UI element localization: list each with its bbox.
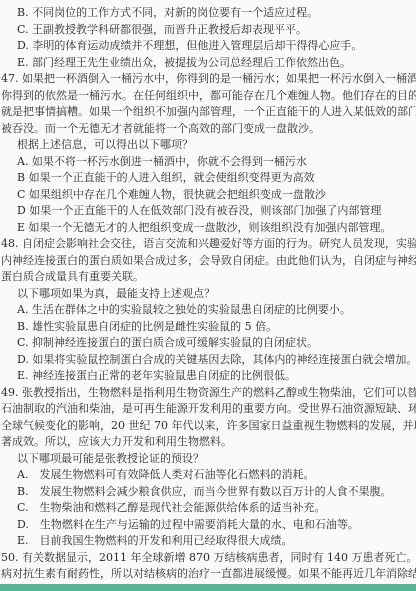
text-line-option: B. 发展生物燃料会减少粮食供应，而当今世界有数以百万计的人食不果腹。 — [0, 484, 416, 501]
text-line-option: C. 生物柴油和燃料乙醇是现代社会能源供给体系的适当补充。 — [0, 500, 416, 517]
text-line-prompt: 根据上述信息，可以得出以下哪项？ — [0, 137, 416, 154]
text-line-option: E. 目前我国生物燃料的开发和利用已经取得很大成绩。 — [0, 533, 416, 550]
text-line-option: D. 李明的体育运动成绩并不理想，但他进入管理层后却干得得心应手。 — [0, 38, 416, 55]
text-line-option: E. 神经连接蛋白正常的老年实验鼠患自闭症的比例很低。 — [0, 368, 416, 385]
text-line-stem: 你得到的依然是一桶污水。在任何组织中，都可能存在几个难缠人物。他们存在的目的似乎 — [0, 88, 416, 105]
text-line-stem: 内神经连接蛋白的蛋白质如果合成过多，会导致自闭症。由此他们认为，自闭症与神经连接 — [0, 253, 416, 270]
text-line-stem: 石油制取的汽油和柴油，是可再生能源开发利用的重要方向。受世界石油资源短缺、环保和 — [0, 401, 416, 418]
text-line-stem: 被吞没。而一个无德无才者就能将一个高效的部门变成一盘散沙。 — [0, 121, 416, 138]
text-line-option: C. 王副教授教学科研都很强，而晋升正教授后却表现平平。 — [0, 22, 416, 39]
text-line-option: B. 雄性实验鼠患自闭症的比例是雌性实验鼠的 5 倍。 — [0, 319, 416, 336]
text-line-stem: 全球气候变化的影响，20 世纪 70 年代以来，许多国家日益重视生物燃料的发展，… — [0, 418, 416, 435]
text-line-stem: 48. 自闭症会影响社会交往，语言交流和兴趣爱好等方面的行为。研究人员发现，实验… — [0, 236, 416, 253]
text-line-option: C. 抑制神经连接蛋白的蛋白质合成可缓解实验鼠的自闭症状。 — [0, 335, 416, 352]
text-line-option: D. 生物燃料在生产与运输的过程中需要消耗大量的水、电和石油等。 — [0, 517, 416, 534]
question-text-block: B. 不同岗位的工作方式不同，对新的岗位要有一个适应过程。C. 王副教授教学科研… — [0, 5, 416, 583]
text-line-stem: 就是把事情搞糟。如果一个组织不加强内部管理，一个正直能干的人进入某低效的部门就会 — [0, 104, 416, 121]
text-line-option: A. 如果不将一杯污水倒进一桶酒中，你就不会得到一桶污水 — [0, 154, 416, 171]
text-line-option: E. 部门经理王先生业绩出众，被提拔为公司总经理后工作依然出色。 — [0, 55, 416, 72]
scan-edge-bar — [0, 584, 416, 591]
document-page: B. 不同岗位的工作方式不同，对新的岗位要有一个适应过程。C. 王副教授教学科研… — [0, 0, 416, 591]
text-line-stem: 47. 如果把一杯酒倒入一桶污水中，你得到的是一桶污水；如果把一杯污水倒入一桶酒… — [0, 71, 416, 88]
text-line-option: C 如果组织中存在几个难缠人物，很快就会把组织变成一盘散沙 — [0, 187, 416, 204]
text-line-prompt: 以下哪项如果为真，最能支持上述观点？ — [0, 286, 416, 303]
text-line-stem: 50. 有关数据显示，2011 年全球新增 870 万结核病患者，同时有 140… — [0, 550, 416, 567]
text-line-stem: 著成效。所以，应该大力开发和利用生物燃料。 — [0, 434, 416, 451]
text-line-stem: 49. 张教授指出，生物燃料是指利用生物资源生产的燃料乙醇或生物柴油，它们可以替… — [0, 385, 416, 402]
text-line-stem: 病对抗生素有耐药性，所以对结核病的治疗一直都进展缓慢。如果不能再近几年消除结核病… — [0, 566, 416, 583]
text-line-prompt: 以下哪项最可能是张教授论证的预设？ — [0, 451, 416, 468]
text-line-option: A. 生活在群体之中的实验鼠较之独处的实验鼠患自闭症的比例要小。 — [0, 302, 416, 319]
text-line-option: E 如果一个无德无才的人把组织变成一盘散沙，则该组织没有加强内部管理。 — [0, 220, 416, 237]
text-line-option: B. 不同岗位的工作方式不同，对新的岗位要有一个适应过程。 — [0, 5, 416, 22]
text-line-stem: 蛋白质合成量具有重要关联。 — [0, 269, 416, 286]
text-line-option: A. 发展生物燃料可有效降低人类对石油等化石燃料的消耗。 — [0, 467, 416, 484]
text-line-option: D 如果一个正直能干的人在低效部门没有被吞没，则该部门加强了内部管理 — [0, 203, 416, 220]
text-line-option: D. 如果将实验鼠控制蛋白合成的关键基因去除，其体内的神经连接蛋白就会增加。 — [0, 352, 416, 369]
text-line-option: B 如果一个正直能干的人进入组织，就会使组织变得更为高效 — [0, 170, 416, 187]
